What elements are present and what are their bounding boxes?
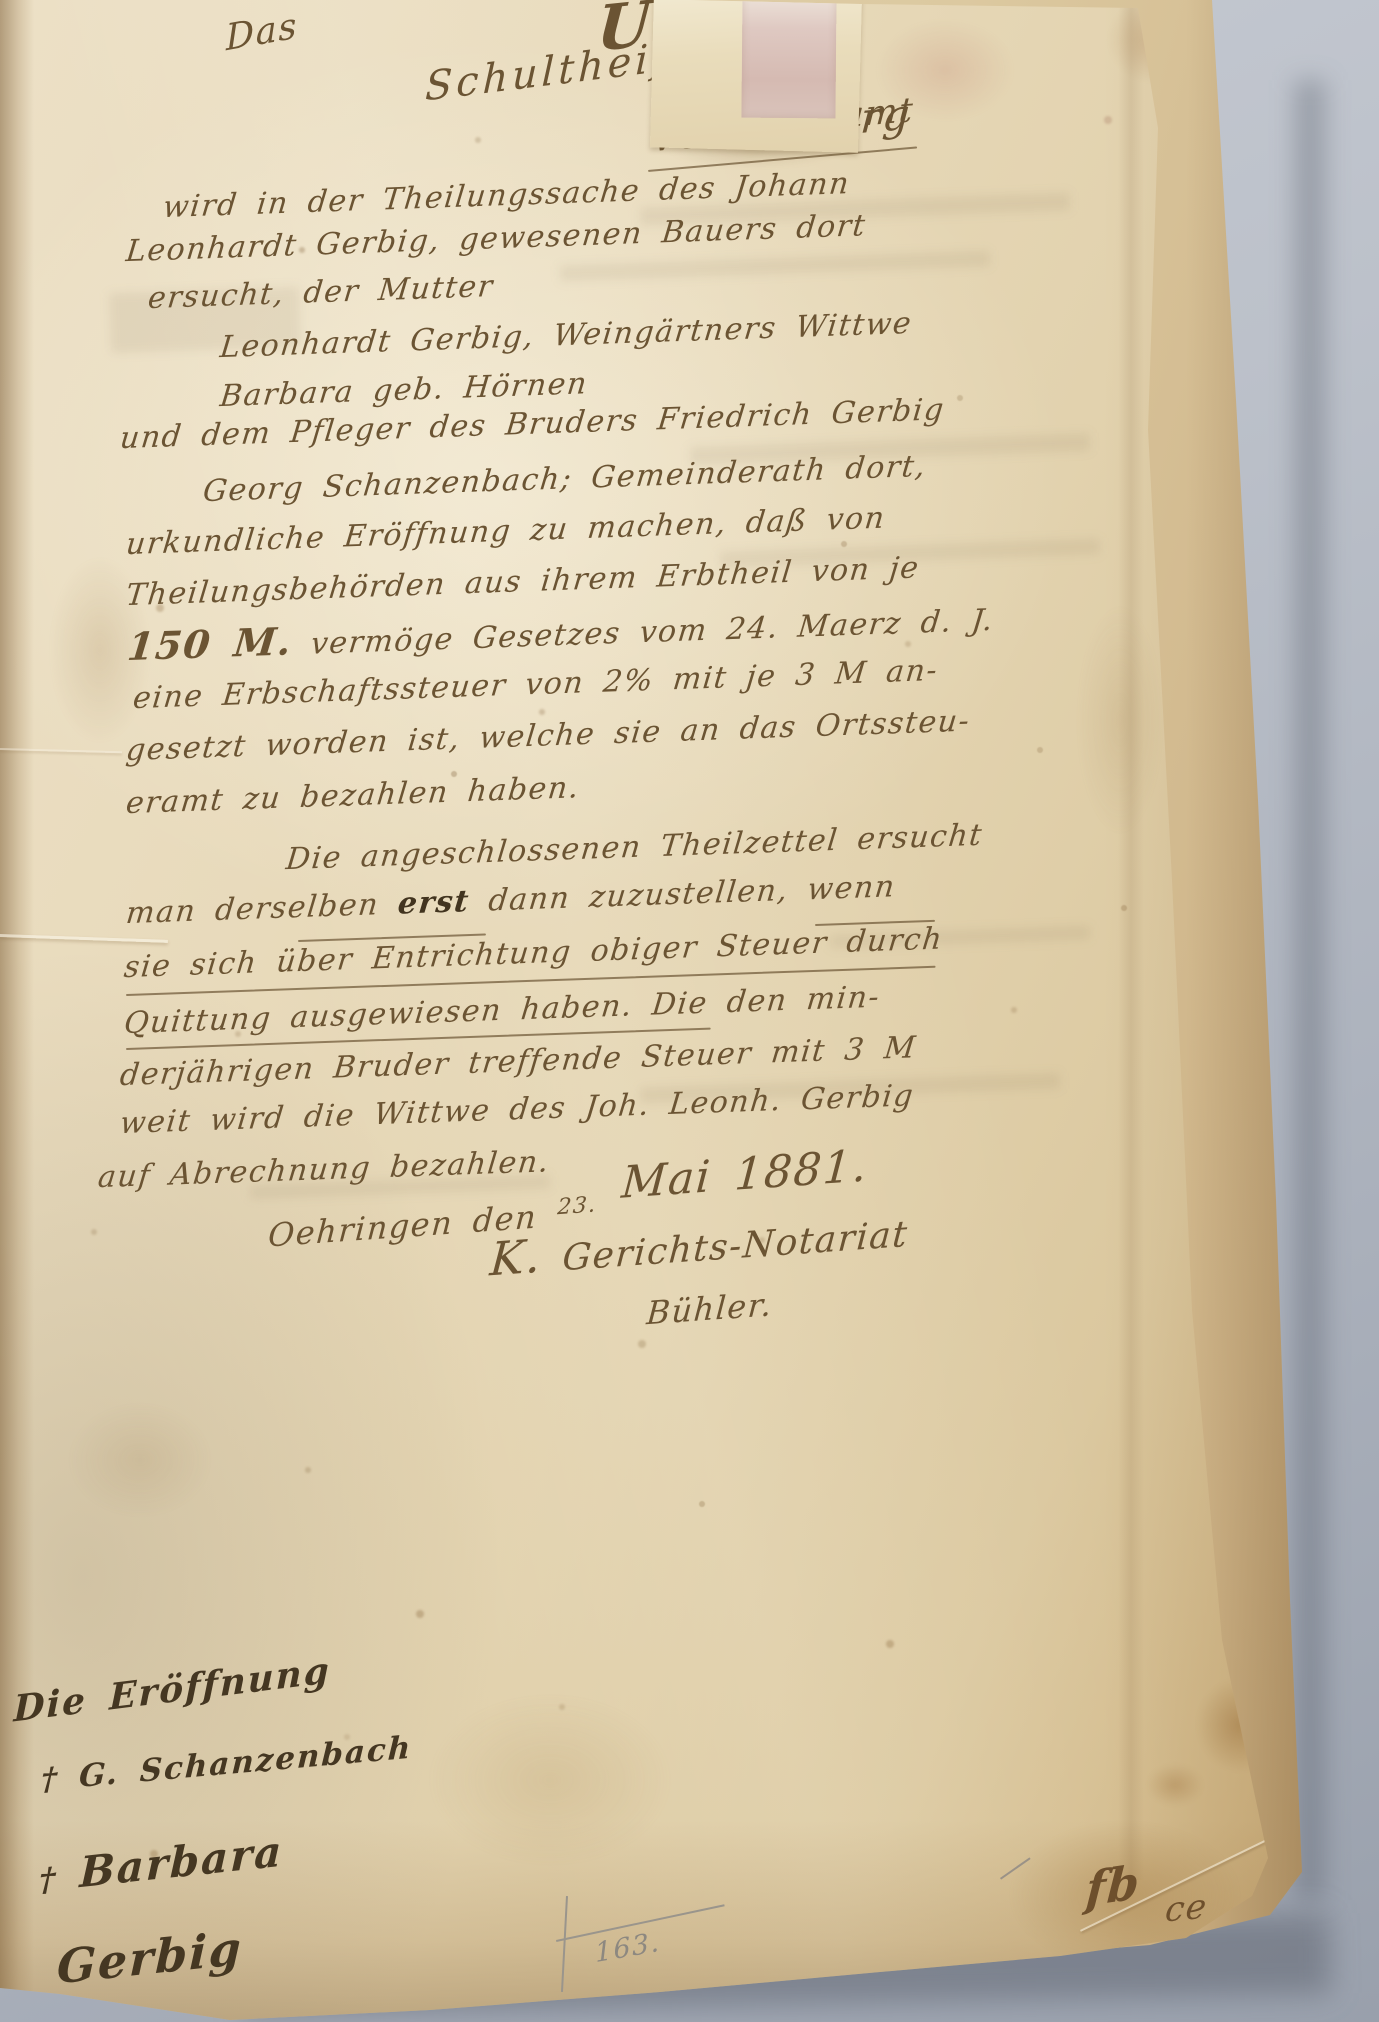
header-word-das: Das [225,5,299,59]
photo-of-document: Das U Schultheißen amt Verrenberg wird i… [0,0,1379,2022]
handwriting-line: man derselben erst dann zuzustellen, wen… [124,869,897,931]
pencil-slash [1000,1857,1031,1879]
emphasized-word-erst: erst [396,884,471,922]
ink-scribble: ce [1163,1886,1210,1930]
authority-name: Gerichts-Notariat [540,1214,909,1281]
handwriting-line: ersucht, der Mutter [146,269,495,316]
margin-signature: G. Schanzenbach [78,1730,413,1795]
margin-note-barbara: †Barbara [38,1826,284,1901]
pencil-line-vertical [561,1896,568,1992]
handwriting-line: gesetzt worden ist, welche sie an das Or… [124,704,972,769]
handwriting-line: sie sich über Entrichtung obiger Steuer … [122,921,945,985]
margin-note-eroeffnung: Die Eröffnung [13,1649,331,1730]
margin-note-schanzenbach: †G. Schanzenbach [40,1730,413,1799]
signature-name: Bühler. [645,1285,774,1332]
crease-right-vertical [1118,0,1144,1880]
stain-bottom-center [380,1660,720,1900]
dateline-day: 23. [557,1192,598,1220]
stain-right-edge-small [1135,1755,1215,1815]
margin-note-gerbig: Gerbig [56,1920,243,1994]
cross-mark-icon: † [40,1760,60,1798]
handwriting-segment: man derselben [124,887,400,932]
handwriting-line: Die angeschlossenen Theilzettel ersucht [284,818,984,877]
tape-repair-pink-patch [741,0,836,118]
handwriting-line: eramt zu bezahlen haben. [124,770,581,821]
handwriting-segment: vermöge Gesetzes vom 24. Maerz d. J. [290,603,996,663]
handwriting-line: Quittung ausgewiesen haben. Die den min- [122,980,882,1042]
amount-150-mark: 150 M. [125,618,294,669]
handwriting-line: Leonhardt Gerbig, Weingärtners Wittwe [218,306,914,365]
handwriting-line: Georg Schanzenbach; Gemeinderath dort, [201,449,928,509]
ink-scribble: fb [1084,1854,1142,1917]
cross-mark-icon: † [38,1859,58,1899]
handwriting-segment: dann zuzustellen, wenn [468,869,898,919]
page-shadow-right [1295,80,1325,1900]
stain-left-lower [40,1380,240,1540]
authority-initial: K. [488,1228,544,1286]
margin-signature: Barbara [79,1826,284,1897]
bleedthrough-smudge [560,251,990,282]
pencil-page-number: 163. [594,1927,661,1970]
dateline-month-year: Mai 1881. [596,1140,869,1210]
handwriting-line: urkundliche Eröffnung zu machen, daß von [124,500,887,562]
